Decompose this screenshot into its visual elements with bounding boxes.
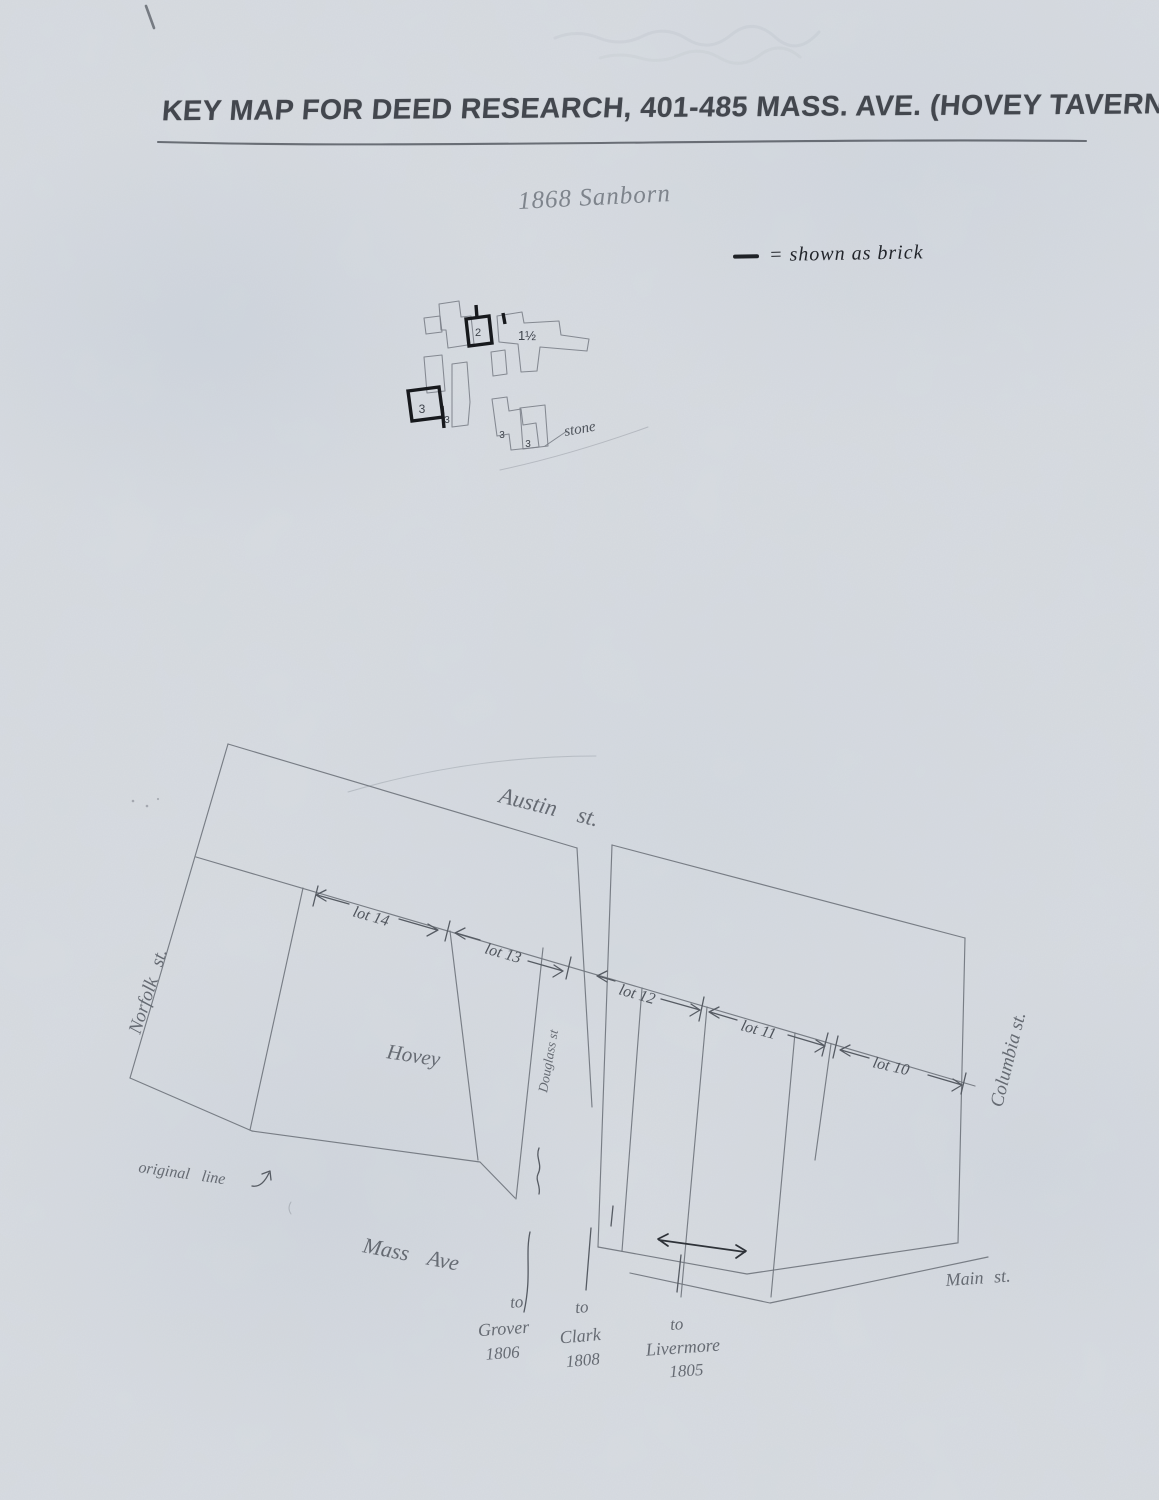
stray-tick — [289, 1202, 291, 1214]
deed-name-label: Grover — [477, 1317, 531, 1341]
lot-14-label: lot 14 — [351, 904, 391, 931]
rear-lot-line — [196, 857, 975, 1086]
deed-year-label: 1808 — [565, 1349, 601, 1371]
pencil-dot — [146, 805, 149, 808]
storey-label: 3 — [525, 439, 531, 450]
storey-label: 3 — [419, 402, 426, 416]
stray-arc — [348, 756, 596, 792]
block-inner-edge — [577, 848, 592, 1107]
douglass-st-east-line — [598, 845, 612, 1247]
lot-division-line — [771, 1033, 795, 1297]
deed-year-label: 1806 — [485, 1342, 521, 1363]
livermore-leader-line — [677, 1255, 681, 1292]
storey-label: 3 — [444, 415, 450, 426]
lot-13-label: lot 13 — [483, 941, 523, 968]
main-st-label: Main st. — [944, 1266, 1011, 1291]
lot-division-line — [815, 1044, 831, 1160]
livermore-span-arrow — [658, 1234, 746, 1258]
deed-name-label: Livermore — [644, 1335, 721, 1360]
norfolk-st-label: Norfolk st. — [124, 946, 172, 1037]
lot-12-label: lot 12 — [617, 982, 657, 1009]
brick-dash-symbol — [733, 254, 759, 258]
corner-pencil-mark — [146, 6, 154, 28]
ghost-writing-mark — [555, 26, 819, 45]
brick-legend-note: = shown as brick — [733, 241, 924, 267]
douglass-st-label: Douglass st — [535, 1027, 561, 1094]
columbia-st-label: Columbia st. — [986, 1010, 1030, 1109]
building-outline — [424, 316, 442, 334]
storey-label: 1½ — [518, 328, 536, 343]
lot-division-line — [250, 888, 303, 1130]
title-underline — [158, 140, 1086, 144]
mass-ave-frontage-east — [598, 1243, 957, 1274]
brick-wall-mark — [503, 313, 505, 324]
deed-year-label: 1805 — [669, 1360, 704, 1381]
brick-wall-mark — [476, 305, 477, 318]
deed-name-label: Clark — [559, 1324, 603, 1348]
building-outline — [497, 312, 589, 372]
clark-leader-tick — [611, 1206, 613, 1226]
lot-division-line — [450, 931, 478, 1160]
lot-division-line — [681, 1007, 707, 1297]
lot-10-label: lot 10 — [871, 1054, 911, 1079]
deed-clark: to Clark 1808 — [556, 1296, 604, 1371]
original-line-arrow — [252, 1171, 271, 1186]
deed-to-label: to — [509, 1292, 524, 1312]
pencil-drawing: 2 1½ 3 3 3 3 stone — [0, 0, 1159, 1500]
building-outline — [520, 405, 548, 449]
hovey-owner-label: Hovey — [384, 1039, 442, 1071]
pencil-dot — [132, 800, 135, 803]
deed-leader-marks — [524, 1148, 746, 1312]
stray-pencil-marks — [132, 6, 819, 1214]
austin-st-label: Austin st. — [495, 782, 602, 831]
lot-11-label: lot 11 — [739, 1017, 778, 1043]
building-outline — [492, 397, 539, 450]
storey-label: 3 — [499, 430, 505, 441]
original-line-segment — [130, 1078, 252, 1131]
deed-livermore: to Livermore 1805 — [642, 1312, 722, 1383]
grover-leader-squiggle — [537, 1148, 540, 1194]
stone-label: stone — [563, 419, 597, 440]
deed-grover: to Grover 1806 — [475, 1292, 532, 1364]
deed-to-label: to — [669, 1314, 684, 1334]
building-outline — [491, 350, 507, 376]
brick-note-text: = shown as brick — [769, 241, 924, 267]
lot-map: Austin st. Norfolk st. Douglass st Colum… — [124, 744, 1030, 1383]
grover-leader-line — [524, 1232, 530, 1312]
scanned-sheet: 2 1½ 3 3 3 3 stone — [0, 0, 1159, 1500]
clark-leader-line — [586, 1228, 591, 1290]
original-line-label: original line — [137, 1159, 226, 1188]
lot-division-line — [622, 988, 642, 1251]
austin-st-line-east — [612, 845, 965, 938]
building-outline — [452, 362, 470, 427]
page-title: KEY MAP FOR DEED RESEARCH, 401-485 MASS.… — [161, 89, 1104, 129]
deed-to-label: to — [574, 1297, 589, 1317]
ghost-writing-mark — [600, 48, 800, 63]
sanborn-sketch: 2 1½ 3 3 3 3 stone — [408, 301, 648, 470]
pencil-dot — [157, 798, 159, 800]
storey-label: 2 — [475, 327, 481, 339]
mass-ave-label: Mass Ave — [360, 1232, 462, 1275]
